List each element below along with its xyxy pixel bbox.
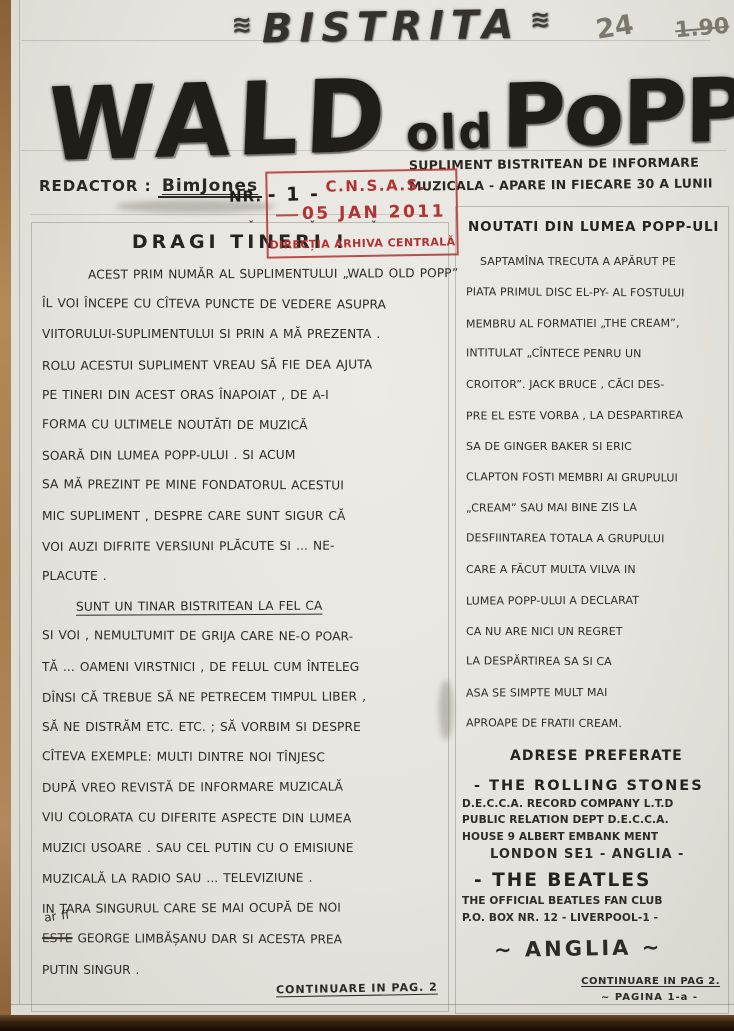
issue-label: NR. [229, 187, 262, 206]
cnsas-archive-stamp: C.N.S.A.S. 05 JAN 2011 DIRECȚIA ARHIVA C… [265, 168, 458, 258]
text-line: MUZICALĂ LA RADIO SAU ... TELEVIZIUNE . [42, 862, 448, 894]
address-rolling-stones: D.E.C.C.A. RECORD COMPANY L.T.D PUBLIC R… [462, 796, 728, 846]
address-line: THE OFFICIAL BEATLES FAN CLUB [462, 893, 728, 910]
logo-word-popp: PoPP [501, 66, 734, 161]
crossed-out-word: ESTE [42, 931, 73, 945]
text-line: SA MĂ PREZINT PE MINE FONDATORUL ACESTUI [42, 470, 448, 502]
issue-number: NR. - 1 - [229, 183, 320, 207]
address-line: HOUSE 9 ALBERT EMBANK MENT [462, 829, 728, 846]
text-line: SI VOI , NEMULTUMIT DE GRIJA CARE NE-O P… [42, 621, 448, 653]
text-line: DUPĂ VREO REVISTĂ DE INFORMARE MUZICALĂ [42, 772, 448, 804]
text-line: CÎTEVA EXEMPLE: MULTI DINTRE NOI TÎNJESC [42, 741, 448, 773]
address-rolling-stones-title: - THE ROLLING STONES [474, 778, 728, 794]
editorial-paragraph-3: IN TARA SINGURUL CARE SE MAI OCUPĂ DE NO… [32, 893, 448, 986]
country-line: ~ ANGLIA ~ [494, 934, 728, 962]
text-line: VOI AUZI DIFRITE VERSIUNI PLĂCUTE SI ...… [42, 530, 448, 562]
text-line: VIITORULUI-SUPLIMENTULUI SI PRIN A MĂ PR… [42, 319, 448, 349]
text-line: „CREAM” SAU MAI BINE ZIS LA [466, 493, 728, 525]
text-line: ÎL VOI ÎNCEPE CU CÎTEVA PUNCTE DE VEDERE… [42, 288, 448, 320]
text-line-with-correction: ar fiESTE GEORGE LIMBĂȘANU DAR SI ACESTA… [42, 923, 448, 956]
photo-of-document: { "colors":{"stamp_red":"#b23331","ink":… [0, 0, 734, 1031]
text-line: SOARĂ DIN LUMEA POPP-ULUI . SI ACUM [42, 439, 448, 471]
text-line: APROAPE DE FRATII CREAM. [466, 708, 728, 740]
stamp-organization: C.N.S.A.S. [325, 176, 426, 196]
redactor-label: REDACTOR : [39, 177, 152, 195]
tilde-decoration-icon: ≋ [221, 10, 262, 39]
text-line: SA DE GINGER BAKER SI ERIC [466, 432, 728, 463]
text-line: CROITOR”. JACK BRUCE , CĂCI DES- [466, 370, 728, 401]
text-line: CA NU ARE NICI UN REGRET [466, 617, 728, 648]
newspaper-page: 24 1.90 ≋BISTRITA≋ WALD old PoPP SUPLIME… [11, 0, 734, 1015]
text-line: PIATA PRIMUL DISC EL-PY- AL FOSTULUI [466, 277, 728, 309]
text-line: DESFIINTAREA TOTALA A GRUPULUI [466, 523, 728, 555]
left-column: ˇ ˇ ˇ DRAGI TINERI ! ACEST PRIM NUMĂR AL… [31, 222, 449, 1012]
right-continuation-note: CONTINUARE IN PAG 2. [581, 976, 720, 987]
news-article: SAPTAMÎNA TRECUTA A APĂRUT PE PIATA PRIM… [456, 247, 728, 740]
address-line: D.E.C.C.A. RECORD COMPANY L.T.D [462, 796, 728, 813]
text-line: LUMEA POPP-ULUI A DECLARAT [466, 585, 728, 617]
tilde-decoration-icon: ≋ [520, 5, 561, 34]
logo-word-wald: WALD [45, 65, 393, 176]
text-line: TĂ ... OAMENI VIRSTNICI , DE FELUL CUM Î… [42, 652, 448, 682]
text-line: PRE EL ESTE VORBA , LA DESPARTIREA [466, 400, 728, 432]
right-column: NOUTATI DIN LUMEA POPP-ULI SAPTAMÎNA TRE… [455, 206, 729, 1014]
issue-value: - 1 - [267, 183, 320, 206]
address-line: P.O. BOX NR. 12 - LIVERPOOL-1 - [462, 910, 728, 927]
address-beatles-title: - THE BEATLES [474, 870, 728, 891]
stamp-department: DIRECȚIA ARHIVA CENTRALĂ [268, 235, 456, 251]
text-line: SĂ NE DISTRĂM ETC. ETC. ; SĂ VORBIM SI D… [42, 712, 448, 742]
wood-table-bottom-edge [0, 1015, 734, 1031]
text-line: VIU COLORATA CU DIFERITE ASPECTE DIN LUM… [42, 802, 448, 834]
left-continuation-note: CONTINUARE IN PAG. 2 [276, 981, 438, 997]
text-line: PLACUTE . [42, 561, 448, 591]
text-line: INTITULAT „CÎNTECE PENRU UN [466, 339, 728, 371]
line-remainder: GEORGE LIMBĂȘANU DAR SI ACESTA PREA [73, 932, 342, 947]
pencil-margin-line [19, 0, 20, 1005]
text-line: CLAPTON FOSTI MEMBRI AI GRUPULUI [466, 462, 728, 494]
page-number-note: ~ PAGINA 1-a - [601, 992, 698, 1003]
text-line: MIC SUPLIMENT , DESPRE CARE SUNT SIGUR C… [42, 501, 448, 531]
right-column-heading: NOUTATI DIN LUMEA POPP-ULI [468, 219, 728, 235]
text-line: LA DESPĂRTIREA SA SI CA [466, 647, 728, 679]
text-line: CARE A FĂCUT MULTA VILVA IN [466, 555, 728, 586]
stamp-date: 05 JAN 2011 [302, 202, 446, 225]
text-line: MEMBRU AL FORMATIEI „THE CREAM”, [466, 308, 728, 340]
address-line: PUBLIC RELATION DEPT D.E.C.C.A. [462, 812, 728, 829]
text-line: MUZICI USOARE . SAU CEL PUTIN CU O EMISI… [42, 833, 448, 863]
text-line: DÎNSI CĂ TREBUE SĂ NE PETRECEM TIMPUL LI… [42, 681, 448, 713]
text-line: ACEST PRIM NUMĂR AL SUPLIMENTULUI „WALD … [42, 258, 448, 290]
text-line: PE TINERI DIN ACEST ORAS ÎNAPOIAT , DE A… [42, 380, 448, 410]
logo-word-old: old [405, 108, 494, 157]
address-city-line: LONDON SE1 - ANGLIA - [490, 847, 728, 862]
stamp-dash [276, 214, 298, 216]
editorial-paragraph-1: ACEST PRIM NUMĂR AL SUPLIMENTULUI „WALD … [32, 259, 448, 591]
text-line: SAPTAMÎNA TRECUTA A APĂRUT PE [466, 247, 728, 278]
inserted-correction: ar fi [43, 909, 69, 924]
editorial-paragraph-2: SUNT UN TINAR BISTRITEAN LA FEL CA SI VO… [32, 591, 448, 893]
text-line: SUNT UN TINAR BISTRITEAN LA FEL CA [42, 590, 448, 622]
text-line: IN TARA SINGURUL CARE SE MAI OCUPĂ DE NO… [42, 892, 448, 925]
text-line: ASA SE SIMPTE MULT MAI [466, 678, 728, 710]
addresses-heading: ADRESE PREFERATE [510, 748, 728, 764]
text-line: FORMA CU ULTIMELE NOUTĂTI DE MUZICĂ [42, 409, 448, 441]
address-beatles: THE OFFICIAL BEATLES FAN CLUB P.O. BOX N… [462, 893, 728, 926]
text-line: ROLU ACESTUI SUPLIMENT VREAU SĂ FIE DEA … [42, 349, 448, 381]
